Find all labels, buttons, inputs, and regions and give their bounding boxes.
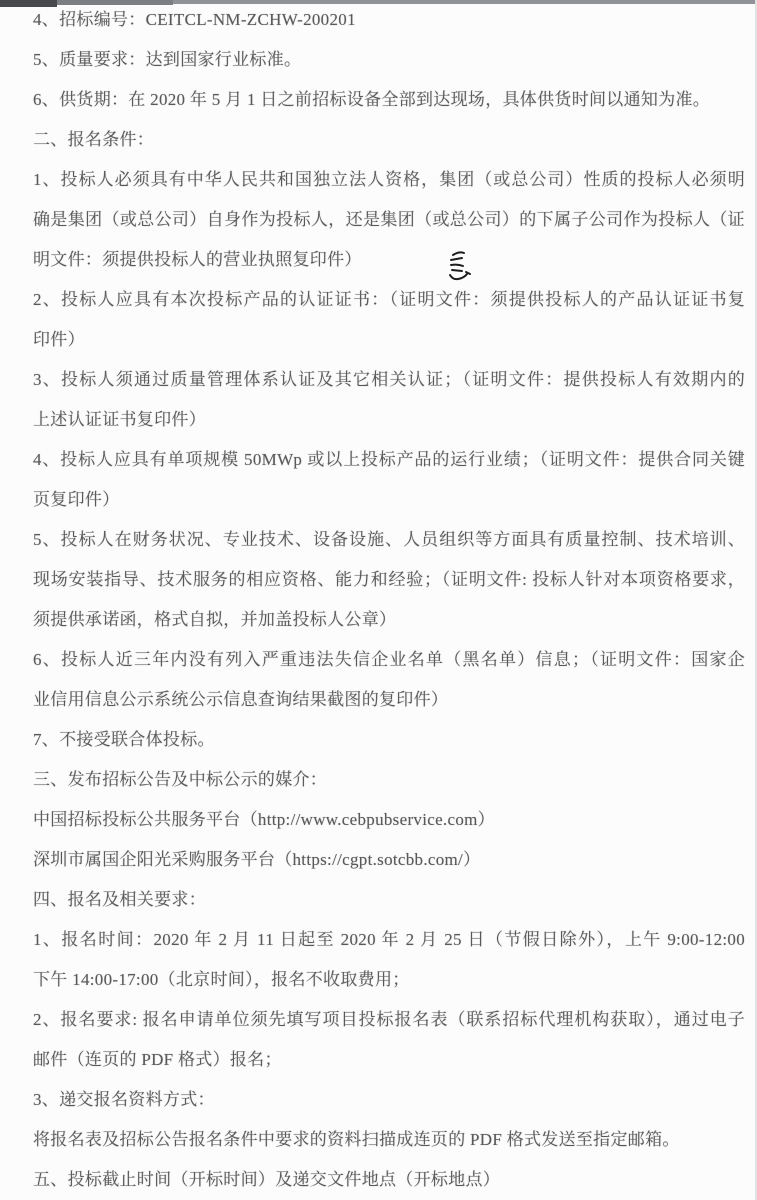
- text-line: 6、供货期：在 2020 年 5 月 1 日之前招标设备全部到达现场，具体供货时…: [33, 80, 745, 120]
- text-line: 业信用信息公示系统公示信息查询结果截图的复印件）: [33, 680, 745, 720]
- text-line: 三、发布招标公告及中标公示的媒介：: [33, 760, 745, 800]
- text-line: 3、递交报名资料方式：: [33, 1080, 745, 1120]
- text-line: 1、报名时间：2020 年 2 月 11 日起至 2020 年 2 月 25 日…: [33, 920, 745, 960]
- document-body: 4、招标编号：CEITCL-NM-ZCHW-2002015、质量要求：达到国家行…: [0, 0, 757, 1200]
- text-line: 确是集团（或总公司）自身作为投标人，还是集团（或总公司）的下属子公司作为投标人（…: [33, 200, 745, 240]
- text-line: 明文件：须提供投标人的营业执照复印件）: [33, 240, 745, 280]
- text-line: 4、投标人应具有单项规模 50MWp 或以上投标产品的运行业绩；（证明文件：提供…: [33, 440, 745, 480]
- text-line: 4、招标编号：CEITCL-NM-ZCHW-200201: [33, 0, 745, 40]
- text-line: 五、投标截止时间（开标时间）及递交文件地点（开标地点）: [33, 1160, 745, 1200]
- text-line: 2、投标人应具有本次投标产品的认证证书：（证明文件：须提供投标人的产品认证证书复: [33, 280, 745, 320]
- text-line: 5、质量要求：达到国家行业标准。: [33, 40, 745, 80]
- text-line: 2、报名要求: 报名申请单位须先填写项目投标报名表（联系招标代理机构获取），通过…: [33, 1000, 745, 1040]
- text-line: 须提供承诺函，格式自拟，并加盖投标人公章）: [33, 600, 745, 640]
- text-line: 深圳市属国企阳光采购服务平台（https://cgpt.sotcbb.com/）: [33, 840, 745, 880]
- scanned-document-page: 4、招标编号：CEITCL-NM-ZCHW-2002015、质量要求：达到国家行…: [0, 0, 757, 1200]
- ink-smudge-cursor-icon: [444, 248, 474, 286]
- text-line: 上述认证证书复印件）: [33, 400, 745, 440]
- text-line: 6、投标人近三年内没有列入严重违法失信企业名单（黑名单）信息；（证明文件：国家企: [33, 640, 745, 680]
- text-line: 3、投标人须通过质量管理体系认证及其它相关认证；（证明文件：提供投标人有效期内的: [33, 360, 745, 400]
- text-line: 下午 14:00-17:00（北京时间），报名不收取费用；: [33, 960, 745, 1000]
- text-line: 印件）: [33, 320, 745, 360]
- text-line: 页复印件）: [33, 480, 745, 520]
- text-line: 现场安装指导、技术服务的相应资格、能力和经验；（证明文件: 投标人针对本项资格要…: [33, 560, 745, 600]
- text-line: 7、不接受联合体投标。: [33, 720, 745, 760]
- text-line: 四、报名及相关要求：: [33, 880, 745, 920]
- text-line: 5、投标人在财务状况、专业技术、设备设施、人员组织等方面具有质量控制、技术培训、: [33, 520, 745, 560]
- text-line: 中国招标投标公共服务平台（http://www.cebpubservice.co…: [33, 800, 745, 840]
- text-line: 邮件（连页的 PDF 格式）报名；: [33, 1040, 745, 1080]
- text-line: 将报名表及招标公告报名条件中要求的资料扫描成连页的 PDF 格式发送至指定邮箱。: [33, 1120, 745, 1160]
- text-line: 二、报名条件：: [33, 120, 745, 160]
- text-line: 1、投标人必须具有中华人民共和国独立法人资格，集团（或总公司）性质的投标人必须明: [33, 160, 745, 200]
